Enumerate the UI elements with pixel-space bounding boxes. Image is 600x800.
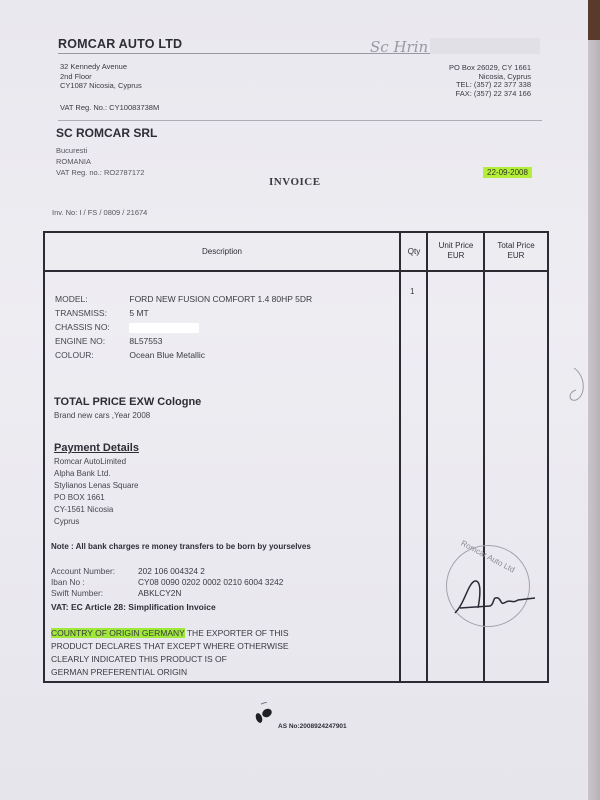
spec-model: MODEL: FORD NEW FUSION COMFORT 1.4 80HP … — [55, 294, 312, 304]
issuer-logo-icon — [253, 702, 275, 726]
iban-row: Iban No :CY08 0090 0202 0002 0210 6004 3… — [51, 577, 283, 588]
document-title: INVOICE — [269, 176, 321, 188]
origin-highlight: COUNTRY OF ORIGIN GERMANY — [51, 628, 185, 638]
buyer-name: SC ROMCAR SRL — [56, 126, 157, 140]
header-qty: Qty — [401, 247, 427, 257]
item-qty: 1 — [410, 287, 414, 296]
as-number: AS No:2008924247901 — [278, 723, 347, 730]
seller-address: 32 Kennedy Avenue 2nd Floor CY1087 Nicos… — [60, 62, 142, 91]
header-unit-price: Unit Price EUR — [428, 241, 484, 261]
account-number-row: Account Number:202 106 004324 2 — [51, 566, 283, 577]
background-edge — [588, 0, 600, 800]
seller-vat: VAT Reg. No.: CY10083738M — [60, 103, 159, 112]
swift-row: Swift Number:ABKLCY2N — [51, 588, 283, 599]
spec-transmission: TRANSMISS: 5 MT — [55, 308, 149, 318]
payment-title: Payment Details — [54, 442, 139, 454]
spec-engine: ENGINE NO: 8L57553 — [55, 336, 162, 346]
redacted-area — [430, 38, 540, 54]
invoice-number: Inv. No: I / FS / 0809 / 21674 — [52, 208, 147, 217]
brand-note: Brand new cars ,Year 2008 — [54, 411, 150, 420]
total-price-label: TOTAL PRICE EXW Cologne — [54, 396, 201, 408]
header-total-price: Total Price EUR — [485, 241, 547, 261]
spec-colour: COLOUR: Ocean Blue Metallic — [55, 350, 205, 360]
invoice-page: ROMCAR AUTO LTD 32 Kennedy Avenue 2nd Fl… — [0, 0, 588, 800]
column-divider — [426, 233, 428, 681]
buyer-address: Bucuresti ROMANIA VAT Reg. no.: RO278717… — [56, 145, 144, 178]
payment-lines: Romcar AutoLimited Alpha Bank Ltd. Styli… — [54, 456, 139, 528]
bank-charges-note: Note : All bank charges re money transfe… — [51, 542, 311, 551]
background-corner — [588, 0, 600, 40]
bank-details: Account Number:202 106 004324 2 Iban No … — [51, 566, 283, 599]
origin-declaration: COUNTRY OF ORIGIN GERMANY THE EXPORTER O… — [51, 627, 289, 679]
vat-article: VAT: EC Article 28: Simplification Invoi… — [51, 602, 216, 612]
contact-divider — [58, 120, 542, 121]
handwritten-note: Sc Hrin — [370, 38, 428, 56]
table-header: Description Qty Unit Price EUR Total Pri… — [45, 233, 547, 272]
redacted-chassis — [129, 323, 199, 333]
header-description: Description — [45, 247, 399, 257]
spec-chassis: CHASSIS NO: — [55, 322, 199, 333]
seller-contact: PO Box 26029, CY 1661 Nicosia, Cyprus TE… — [449, 64, 531, 98]
invoice-date: 22-09-2008 — [483, 167, 532, 178]
paper-curl-mark — [566, 366, 588, 406]
signature-icon — [450, 578, 540, 618]
seller-name: ROMCAR AUTO LTD — [58, 37, 182, 51]
column-divider — [399, 233, 401, 681]
